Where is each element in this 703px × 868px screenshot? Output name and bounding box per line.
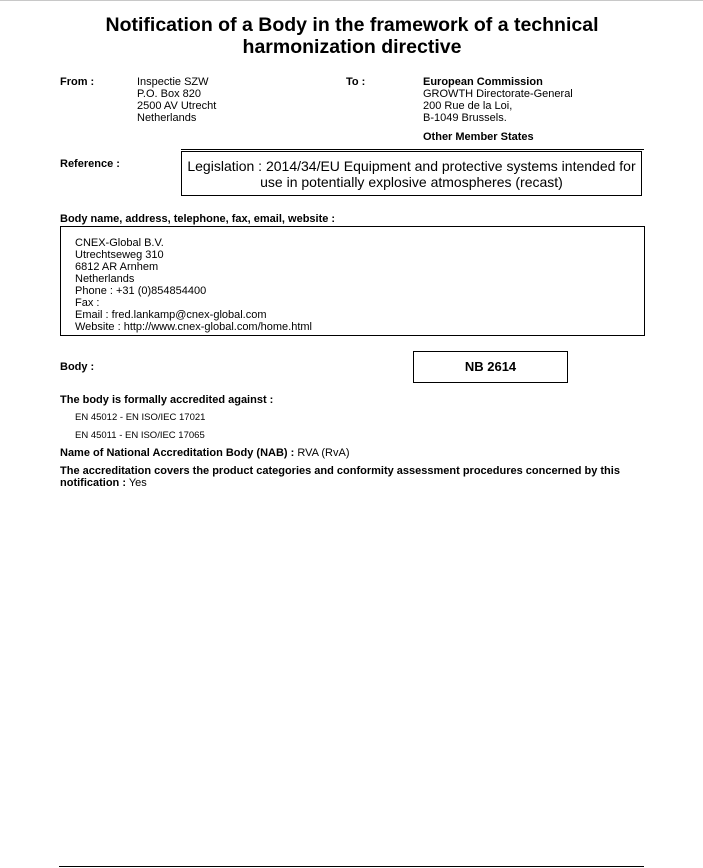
body-website: Website : http://www.cnex-global.com/hom… (75, 321, 312, 333)
body-details-label: Body name, address, telephone, fax, emai… (60, 213, 335, 225)
to-line: B-1049 Brussels. (423, 112, 573, 124)
footer-divider (59, 866, 644, 867)
divider (181, 149, 644, 150)
body-phone: Phone : +31 (0)854854400 (75, 285, 312, 297)
to-line: 200 Rue de la Loi, (423, 100, 573, 112)
to-line: GROWTH Directorate-General (423, 88, 573, 100)
body-detail-line: Netherlands (75, 273, 312, 285)
reference-label: Reference : (60, 158, 120, 170)
covers-value: Yes (126, 477, 147, 489)
accreditation-covers-row: The accreditation covers the product cat… (60, 465, 640, 489)
other-member-states: Other Member States (423, 131, 534, 143)
accreditation-standard: EN 45012 - EN ISO/IEC 17021 (75, 412, 205, 423)
body-detail-line: Utrechtseweg 310 (75, 249, 312, 261)
body-email: Email : fred.lankamp@cnex-global.com (75, 309, 312, 321)
reference-box: Legislation : 2014/34/EU Equipment and p… (181, 151, 642, 196)
accreditation-label: The body is formally accredited against … (60, 394, 273, 406)
nab-row: Name of National Accreditation Body (NAB… (60, 447, 350, 459)
body-details: CNEX-Global B.V. Utrechtseweg 310 6812 A… (75, 237, 312, 333)
accreditation-standard: EN 45011 - EN ISO/IEC 17065 (75, 430, 205, 441)
document-title: Notification of a Body in the framework … (60, 14, 644, 58)
to-label: To : (346, 76, 365, 88)
body-fax: Fax : (75, 297, 312, 309)
from-line: P.O. Box 820 (137, 88, 216, 100)
reference-text: Legislation : 2014/34/EU Equipment and p… (187, 158, 635, 190)
body-detail-line: CNEX-Global B.V. (75, 237, 312, 249)
body-label: Body : (60, 361, 94, 373)
from-line: Netherlands (137, 112, 216, 124)
nb-number-box: NB 2614 (413, 351, 568, 383)
nb-number: NB 2614 (465, 359, 516, 374)
body-detail-line: 6812 AR Arnhem (75, 261, 312, 273)
from-label: From : (60, 76, 94, 88)
from-line: 2500 AV Utrecht (137, 100, 216, 112)
nab-label: Name of National Accreditation Body (NAB… (60, 447, 294, 459)
from-line: Inspectie SZW (137, 76, 216, 88)
from-address: Inspectie SZW P.O. Box 820 2500 AV Utrec… (137, 76, 216, 124)
to-line: European Commission (423, 76, 573, 88)
nab-value: RVA (RvA) (294, 447, 349, 459)
to-address: European Commission GROWTH Directorate-G… (423, 76, 573, 124)
